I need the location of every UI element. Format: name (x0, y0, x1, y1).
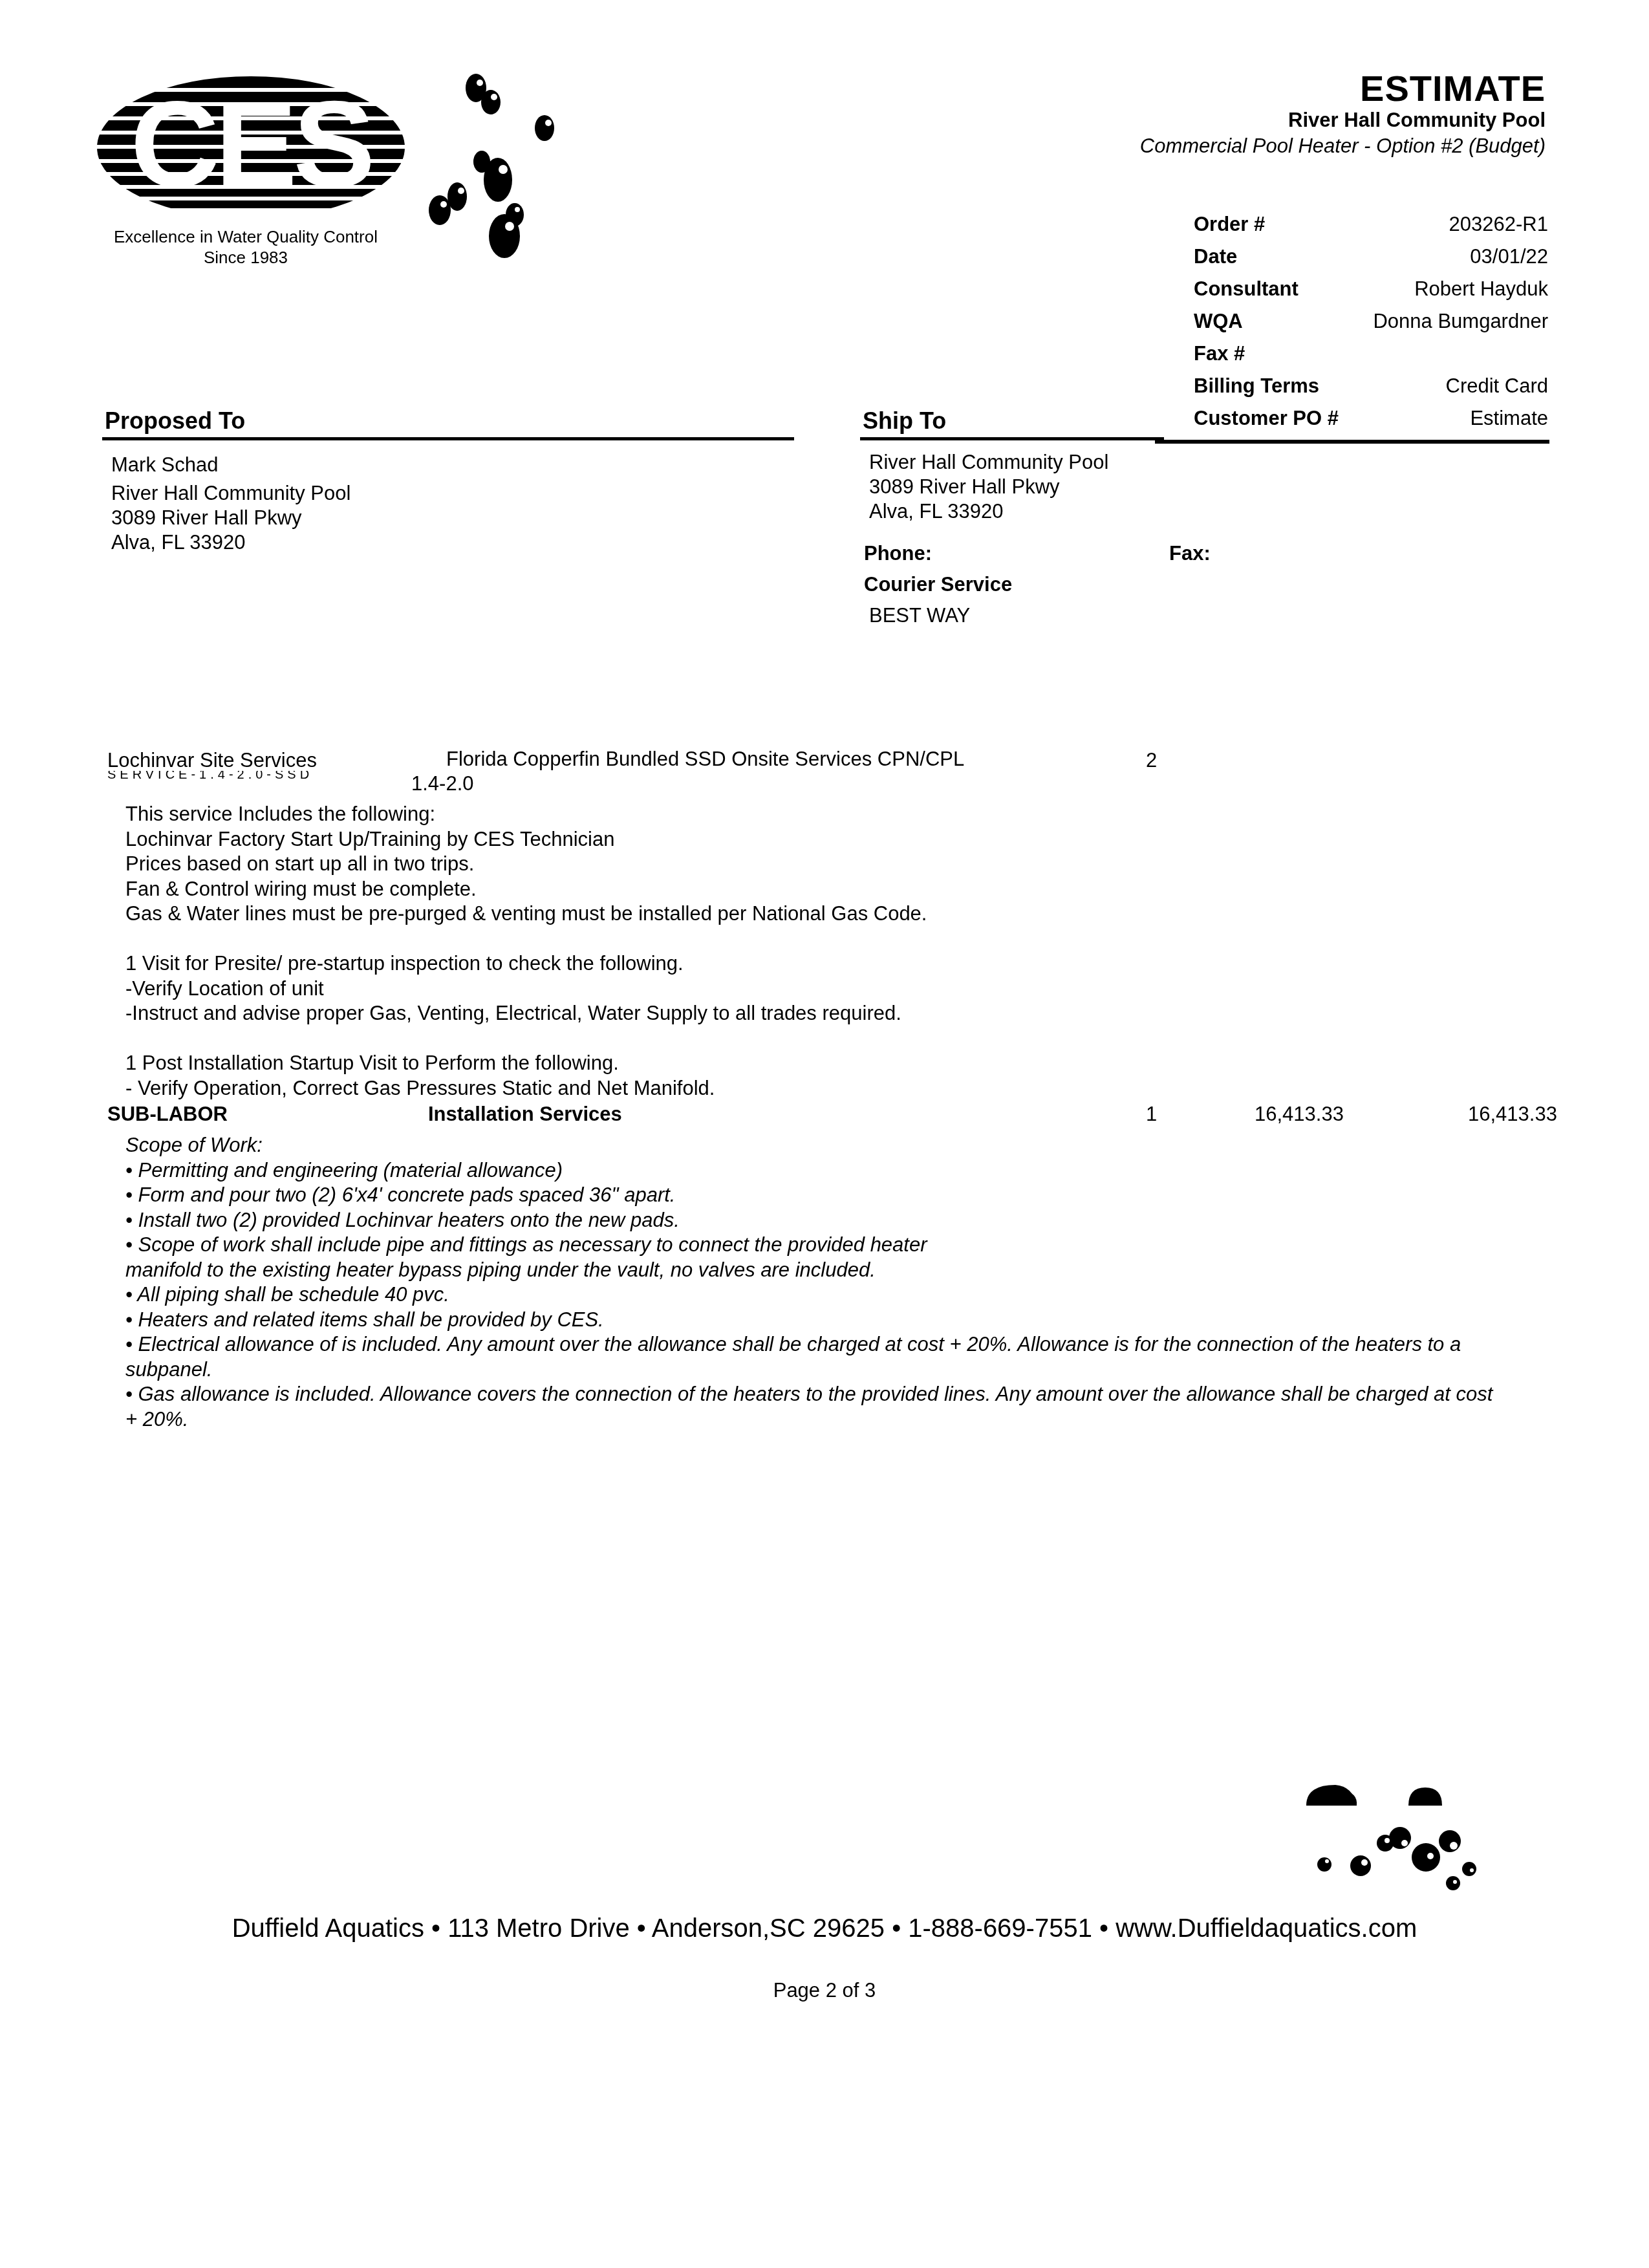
scope-item: • Electrical allowance of is included. A… (125, 1332, 1535, 1382)
scope-item: • Permitting and engineering (material a… (125, 1158, 1548, 1183)
note-line: This service Includes the following: (125, 802, 927, 827)
info-label: Order # (1194, 213, 1265, 236)
scope-item: • Gas allowance is included. Allowance c… (125, 1382, 1509, 1432)
note-line: Lochinvar Factory Start Up/Training by C… (125, 827, 927, 852)
bubbles-icon (414, 71, 569, 272)
info-value: 03/01/22 (1470, 245, 1548, 268)
fax-label: Fax: (1169, 542, 1211, 565)
ship-to-address: River Hall Community Pool 3089 River Hal… (869, 450, 1108, 524)
line-item-description: Installation Services (428, 1103, 622, 1126)
note-line: - Verify Operation, Correct Gas Pressure… (125, 1076, 927, 1101)
proposed-to-address: Mark Schad River Hall Community Pool 308… (111, 453, 350, 555)
info-row-consultant: ConsultantRobert Hayduk (1194, 273, 1548, 305)
info-value: Credit Card (1446, 374, 1549, 398)
note-line (125, 927, 927, 952)
info-label: WQA (1194, 310, 1243, 333)
document-title: ESTIMATE (1360, 67, 1546, 109)
order-info-table: Order #203262-R1 Date03/01/22 Consultant… (1194, 208, 1548, 435)
line-item-qty: 2 (1146, 749, 1157, 772)
info-label: Billing Terms (1194, 374, 1319, 398)
since-text: Since 1983 (97, 247, 394, 268)
info-label: Fax # (1194, 342, 1245, 365)
info-row-billing-terms: Billing TermsCredit Card (1194, 370, 1548, 402)
info-row-wqa: WQADonna Bumgardner (1194, 305, 1548, 338)
note-line: 1 Post Installation Startup Visit to Per… (125, 1051, 927, 1076)
line-item-unit-price: 16,413.33 (1255, 1103, 1344, 1126)
scope-item: • Scope of work shall include pipe and f… (125, 1233, 992, 1282)
info-value: 203262-R1 (1449, 213, 1548, 236)
note-line: -Instruct and advise proper Gas, Venting… (125, 1001, 927, 1026)
scope-item: • Form and pour two (2) 6'x4' concrete p… (125, 1183, 1548, 1208)
scope-of-work: Scope of Work: • Permitting and engineer… (125, 1133, 1548, 1432)
line-item-qty: 1 (1146, 1103, 1157, 1126)
address-line: Alva, FL 33920 (869, 499, 1108, 524)
scope-item: • Install two (2) provided Lochinvar hea… (125, 1208, 1548, 1233)
page-number: Page 2 of 3 (0, 1979, 1649, 2002)
note-line: Fan & Control wiring must be complete. (125, 877, 927, 902)
info-label: Customer PO # (1194, 407, 1339, 430)
tagline-text: Excellence in Water Quality Control (97, 226, 394, 247)
line-item-total: 16,413.33 (1468, 1103, 1557, 1126)
footer-contact: Duffield Aquatics • 113 Metro Drive • An… (0, 1914, 1649, 1943)
info-label: Consultant (1194, 277, 1299, 301)
document-subtitle: River Hall Community Pool (1288, 109, 1546, 132)
scope-heading: Scope of Work: (125, 1133, 1548, 1158)
line-item-code-sub: SERVICE-1.4-2.0-SSD (107, 771, 313, 779)
info-row-customer-po: Customer PO #Estimate (1194, 402, 1548, 435)
info-row-order: Order #203262-R1 (1194, 208, 1548, 241)
line-item-code: SUB-LABOR (107, 1103, 228, 1126)
line-item-description: Florida Copperfin Bundled SSD Onsite Ser… (446, 748, 964, 771)
note-line (125, 1026, 927, 1052)
address-line: Mark Schad (111, 453, 350, 477)
divider (1155, 440, 1549, 444)
line-item-description-line2: 1.4-2.0 (411, 772, 474, 795)
logo-tagline: Excellence in Water Quality Control Sinc… (97, 226, 394, 268)
line-item-code: Lochinvar Site Services (107, 749, 317, 772)
ship-to-heading: Ship To (863, 407, 946, 435)
address-line: Alva, FL 33920 (111, 530, 350, 555)
scope-item: • All piping shall be schedule 40 pvc. (125, 1282, 1548, 1308)
proposed-to-heading: Proposed To (105, 407, 245, 435)
info-label: Date (1194, 245, 1237, 268)
svg-text:CES: CES (131, 76, 372, 213)
info-value: Donna Bumgardner (1373, 310, 1548, 333)
divider (860, 437, 1164, 440)
line-item-notes: This service Includes the following: Loc… (125, 802, 927, 1101)
ces-logo: CES (96, 76, 406, 232)
divider (102, 437, 794, 440)
phone-label: Phone: (864, 542, 932, 565)
info-value: Estimate (1470, 407, 1548, 430)
address-line: 3089 River Hall Pkwy (869, 475, 1108, 499)
document-option: Commercial Pool Heater - Option #2 (Budg… (1140, 135, 1546, 158)
info-row-fax: Fax # (1194, 338, 1548, 370)
scope-item: • Heaters and related items shall be pro… (125, 1308, 1548, 1333)
courier-label: Courier Service (864, 573, 1012, 596)
note-line: -Verify Location of unit (125, 977, 927, 1002)
address-line: River Hall Community Pool (111, 481, 350, 506)
courier-value: BEST WAY (869, 604, 970, 627)
note-line: Gas & Water lines must be pre-purged & v… (125, 902, 927, 927)
note-line: Prices based on start up all in two trip… (125, 852, 927, 877)
note-line: 1 Visit for Presite/ pre-startup inspect… (125, 951, 927, 977)
bubbles-icon (1280, 1778, 1481, 1908)
address-line: River Hall Community Pool (869, 450, 1108, 475)
address-line: 3089 River Hall Pkwy (111, 506, 350, 530)
info-row-date: Date03/01/22 (1194, 241, 1548, 273)
info-value: Robert Hayduk (1414, 277, 1548, 301)
